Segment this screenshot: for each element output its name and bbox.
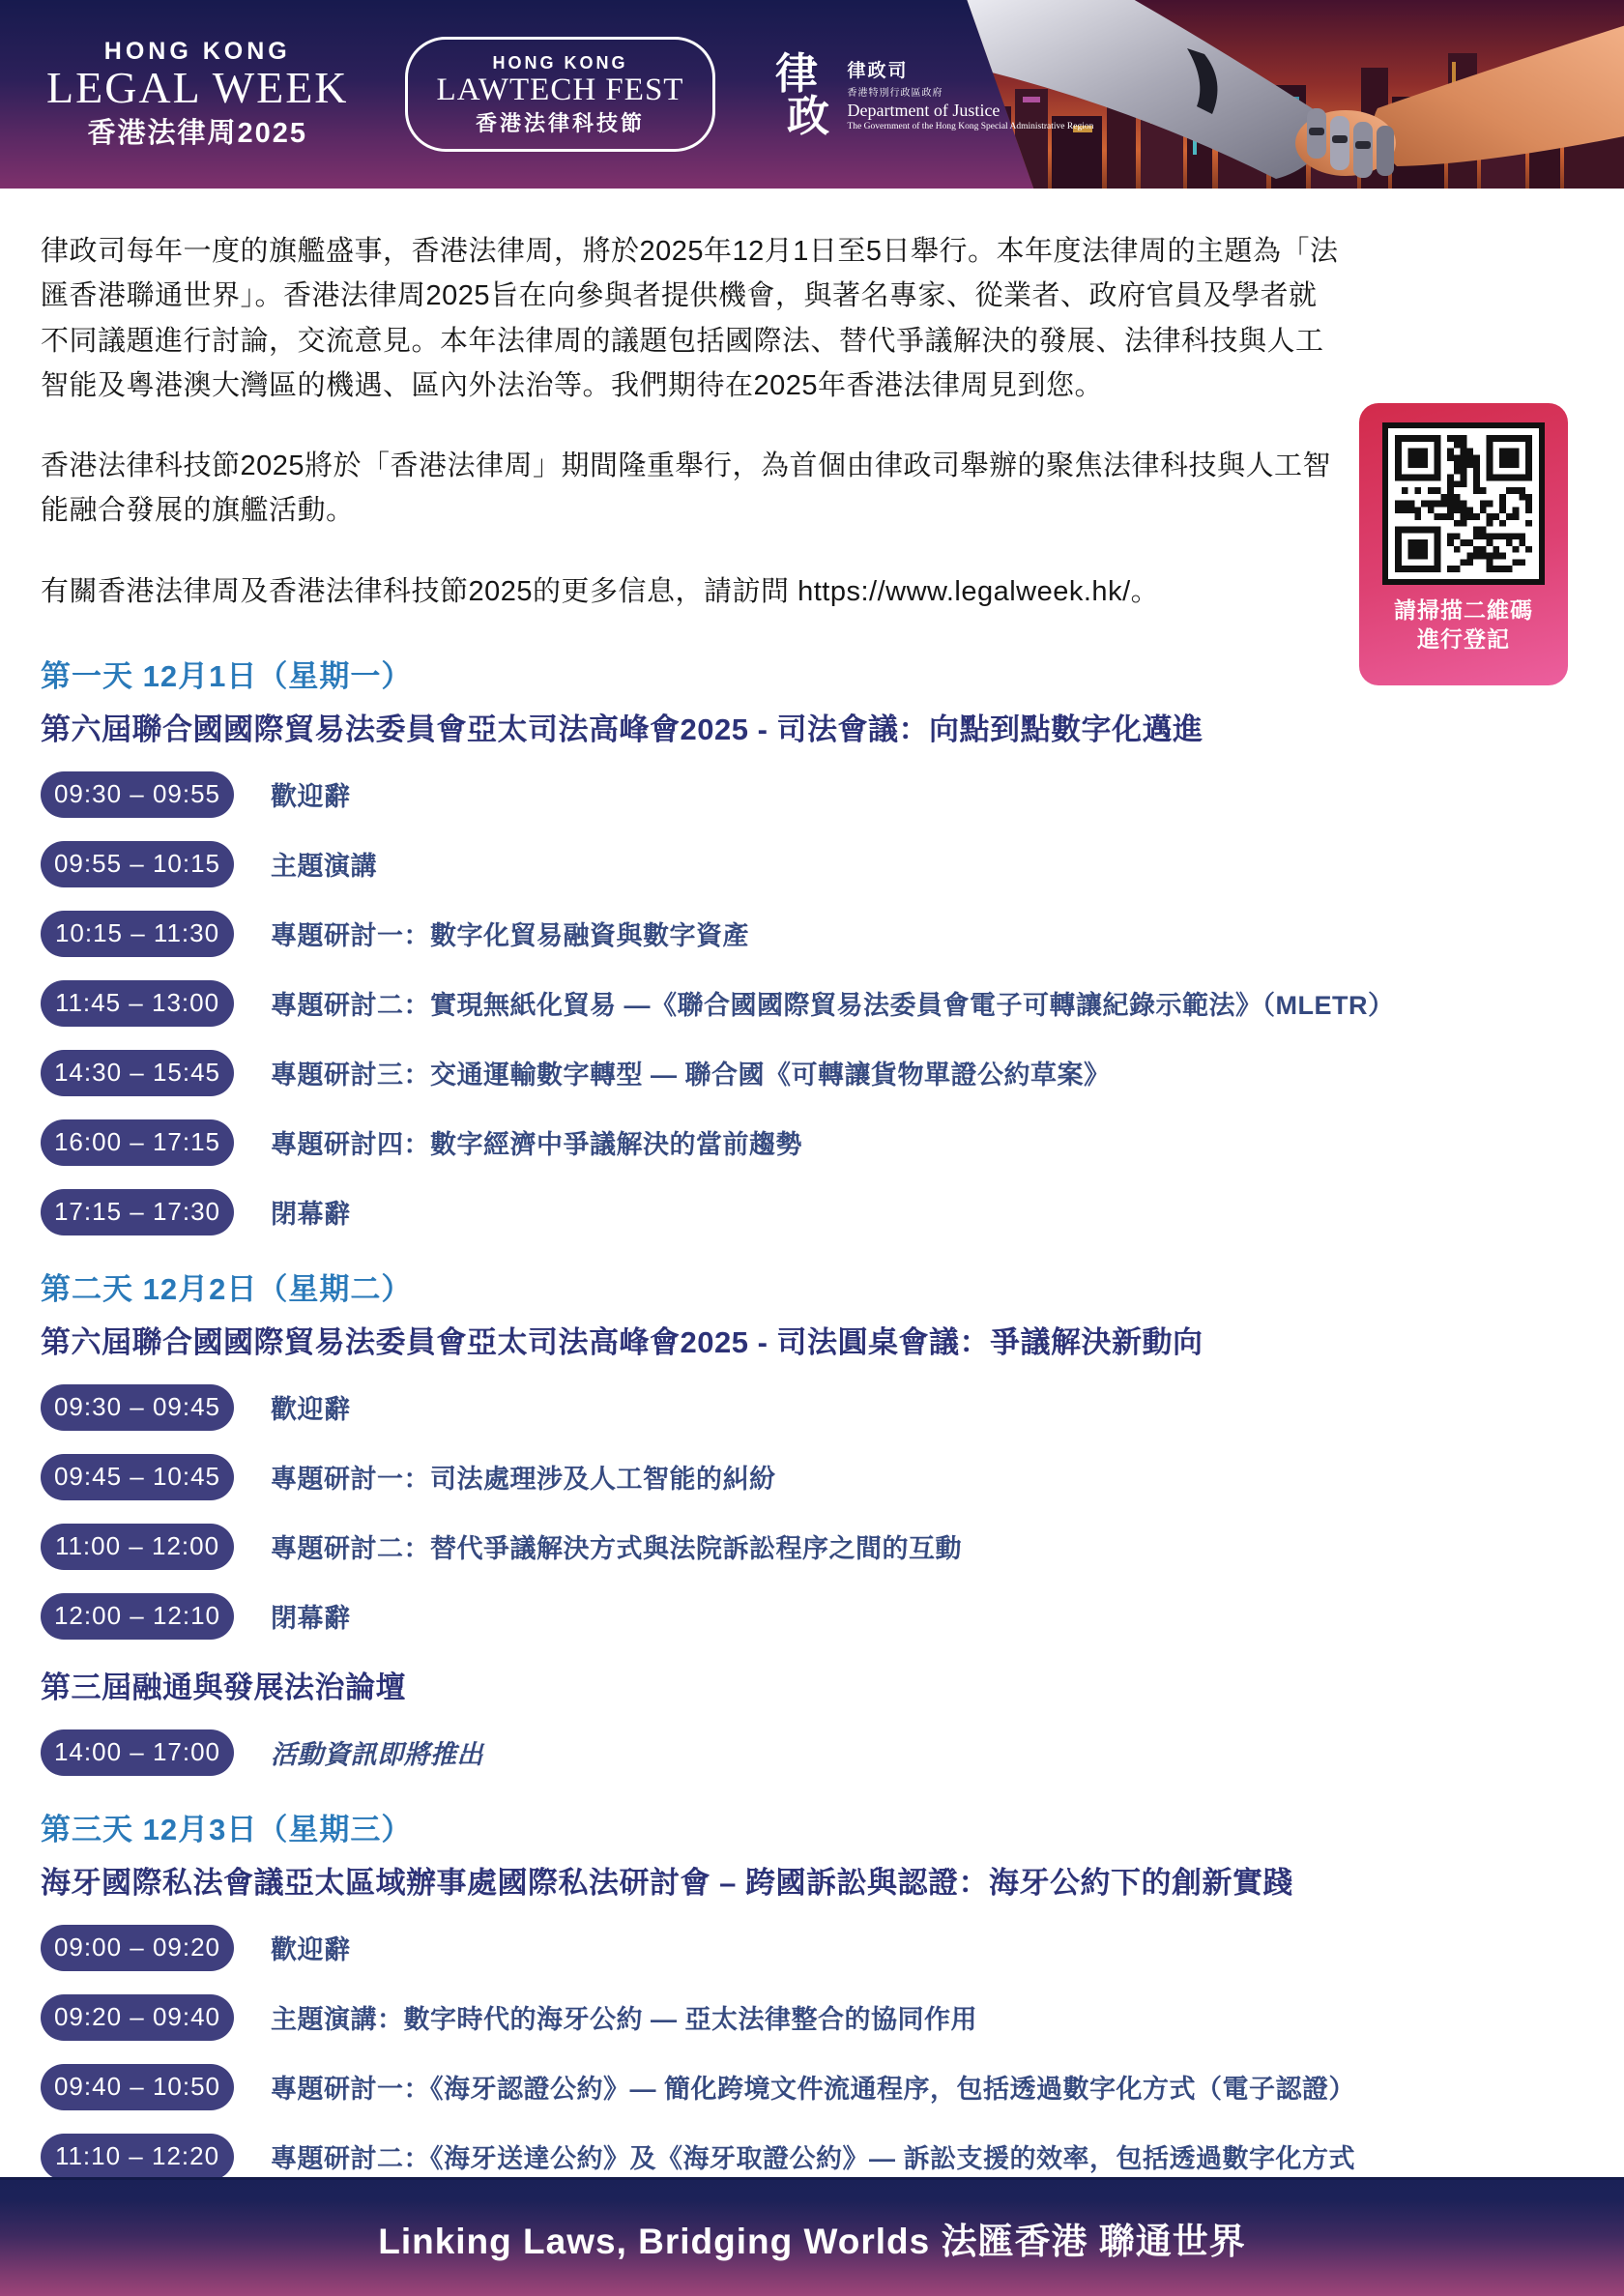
session-row: 16:00 – 17:15專題研討四：數字經濟中爭議解決的當前趨勢 bbox=[41, 1119, 1568, 1166]
time-badge: 17:15 – 17:30 bbox=[41, 1189, 234, 1235]
header-banner: HONG KONG LEGAL WEEK 香港法律周2025 HONG KONG… bbox=[0, 0, 1624, 189]
session-row: 14:00 – 17:00活動資訊即將推出 bbox=[41, 1729, 1568, 1776]
day-block-2: 第二天 12月2日（星期二）第六屆聯合國國際貿易法委員會亞太司法高峰會2025 … bbox=[41, 1264, 1568, 1776]
svg-text:政: 政 bbox=[787, 93, 829, 138]
doj-text: 律政司 香港特別行政區政府 Department of Justice The … bbox=[847, 56, 1093, 133]
time-badge: 09:30 – 09:45 bbox=[41, 1384, 234, 1431]
session-row: 09:40 – 10:50專題研討一：《海牙認證公約》— 簡化跨境文件流通程序，… bbox=[41, 2064, 1568, 2110]
session-row: 09:30 – 09:55歡迎辭 bbox=[41, 771, 1568, 818]
session-description: 歡迎辭 bbox=[271, 1929, 351, 1966]
session-description: 歡迎辭 bbox=[271, 1388, 351, 1426]
legal-week-logo: HONG KONG LEGAL WEEK 香港法律周2025 bbox=[46, 38, 349, 151]
session-title: 第三屆融通與發展法治論壇 bbox=[41, 1663, 1568, 1706]
session-row: 09:20 – 09:40主題演講：數字時代的海牙公約 — 亞太法律整合的協同作… bbox=[41, 1994, 1568, 2041]
time-badge: 09:45 – 10:45 bbox=[41, 1454, 234, 1500]
time-badge: 11:45 – 13:00 bbox=[41, 980, 234, 1027]
doj-seal-icon: 律 政 bbox=[771, 49, 833, 138]
day-block-1: 第一天 12月1日（星期一）第六屆聯合國國際貿易法委員會亞太司法高峰會2025 … bbox=[41, 652, 1568, 1235]
day-title: 第一天 12月1日（星期一） bbox=[41, 652, 1568, 695]
session-row: 11:00 – 12:00專題研討二：替代爭議解決方式與法院訴訟程序之間的互動 bbox=[41, 1524, 1568, 1570]
session-description: 專題研討一：司法處理涉及人工智能的糾紛 bbox=[271, 1458, 776, 1496]
session-description: 閉幕辭 bbox=[271, 1597, 351, 1635]
time-badge: 09:55 – 10:15 bbox=[41, 841, 234, 887]
session-row: 10:15 – 11:30專題研討一：數字化貿易融資與數字資產 bbox=[41, 911, 1568, 957]
session-row: 12:00 – 12:10閉幕辭 bbox=[41, 1593, 1568, 1640]
qr-code-image bbox=[1395, 435, 1532, 572]
header-logos: HONG KONG LEGAL WEEK 香港法律周2025 HONG KONG… bbox=[0, 37, 1093, 152]
qr-registration-card: 請掃描二維碼 進行登記 bbox=[1359, 403, 1568, 685]
day-title: 第二天 12月2日（星期二） bbox=[41, 1264, 1568, 1308]
session-description: 專題研討二：實現無紙化貿易 —《聯合國國際貿易法委員會電子可轉讓紀錄示範法》（M… bbox=[271, 984, 1394, 1022]
session-row: 09:30 – 09:45歡迎辭 bbox=[41, 1384, 1568, 1431]
session-description: 歡迎辭 bbox=[271, 775, 351, 813]
session-title: 第六屆聯合國國際貿易法委員會亞太司法高峰會2025 - 司法會議：向點到點數字化… bbox=[41, 705, 1568, 748]
time-badge: 14:30 – 15:45 bbox=[41, 1050, 234, 1096]
time-badge: 10:15 – 11:30 bbox=[41, 911, 234, 957]
intro-paragraph-3-prefix: 有關香港法律周及香港法律科技節2025的更多信息，請訪問 bbox=[41, 576, 797, 607]
session-description: 專題研討二：《海牙送達公約》及《海牙取證公約》— 訴訟支援的效率，包括透過數字化… bbox=[271, 2137, 1355, 2175]
time-badge: 09:30 – 09:55 bbox=[41, 771, 234, 818]
legal-week-logo-line3: 香港法律周2025 bbox=[46, 111, 349, 151]
session-rows: 09:30 – 09:45歡迎辭09:45 – 10:45專題研討一：司法處理涉… bbox=[41, 1384, 1568, 1640]
intro-paragraph-3-suffix: 。 bbox=[1131, 576, 1160, 607]
doj-name-en: Department of Justice bbox=[847, 101, 1093, 121]
session-row: 09:55 – 10:15主題演講 bbox=[41, 841, 1568, 887]
session-description: 主題演講 bbox=[271, 845, 377, 883]
time-badge: 11:10 – 12:20 bbox=[41, 2134, 234, 2180]
qr-caption-line1: 請掃描二維碼 bbox=[1394, 596, 1533, 625]
session-description: 主題演講：數字時代的海牙公約 — 亞太法律整合的協同作用 bbox=[271, 1998, 977, 2036]
footer-banner: Linking Laws, Bridging Worlds 法匯香港 聯通世界 bbox=[0, 2177, 1624, 2296]
doj-gov-en: The Government of the Hong Kong Special … bbox=[847, 122, 1093, 133]
session-row: 14:30 – 15:45專題研討三：交通運輸數字轉型 — 聯合國《可轉讓貨物單… bbox=[41, 1050, 1568, 1096]
session-row: 11:45 – 13:00專題研討二：實現無紙化貿易 —《聯合國國際貿易法委員會… bbox=[41, 980, 1568, 1027]
session-description: 活動資訊即將推出 bbox=[271, 1733, 483, 1771]
main-content: 律政司每年一度的旗艦盛事，香港法律周，將於2025年12月1日至5日舉行。本年度… bbox=[0, 189, 1624, 2250]
session-row: 09:00 – 09:20歡迎辭 bbox=[41, 1925, 1568, 1971]
session-description: 專題研討四：數字經濟中爭議解決的當前趨勢 bbox=[271, 1123, 802, 1161]
footer-slogan: Linking Laws, Bridging Worlds 法匯香港 聯通世界 bbox=[378, 2212, 1246, 2264]
qr-caption: 請掃描二維碼 進行登記 bbox=[1394, 596, 1533, 654]
lawtech-fest-line1: HONG KONG bbox=[437, 53, 684, 73]
svg-text:律: 律 bbox=[775, 50, 818, 98]
session-description: 專題研討一：數字化貿易融資與數字資產 bbox=[271, 915, 749, 952]
time-badge: 11:00 – 12:00 bbox=[41, 1524, 234, 1570]
lawtech-fest-line3: 香港法律科技節 bbox=[437, 107, 684, 137]
session-row: 09:45 – 10:45專題研討一：司法處理涉及人工智能的糾紛 bbox=[41, 1454, 1568, 1500]
time-badge: 12:00 – 12:10 bbox=[41, 1593, 234, 1640]
doj-logo: 律 政 律政司 香港特別行政區政府 Department of Justice … bbox=[771, 49, 1093, 138]
schedule: 第一天 12月1日（星期一）第六屆聯合國國際貿易法委員會亞太司法高峰會2025 … bbox=[41, 652, 1568, 2250]
session-description: 專題研討二：替代爭議解決方式與法院訴訟程序之間的互動 bbox=[271, 1527, 962, 1565]
intro-paragraph-3: 有關香港法律周及香港法律科技節2025的更多信息，請訪問 https://www… bbox=[41, 569, 1341, 614]
legalweek-url-link[interactable]: https://www.legalweek.hk/ bbox=[797, 576, 1131, 607]
time-badge: 09:00 – 09:20 bbox=[41, 1925, 234, 1971]
time-badge: 14:00 – 17:00 bbox=[41, 1729, 234, 1776]
doj-name-zh: 律政司 bbox=[847, 56, 1093, 82]
time-badge: 16:00 – 17:15 bbox=[41, 1119, 234, 1166]
intro-paragraph-2: 香港法律科技節2025將於「香港法律周」期間隆重舉行，為首個由律政司舉辦的聚焦法… bbox=[41, 444, 1341, 534]
session-row: 11:10 – 12:20專題研討二：《海牙送達公約》及《海牙取證公約》— 訴訟… bbox=[41, 2134, 1568, 2180]
session-description: 專題研討一：《海牙認證公約》— 簡化跨境文件流通程序，包括透過數字化方式（電子認… bbox=[271, 2068, 1355, 2106]
session-description: 閉幕辭 bbox=[271, 1193, 351, 1231]
lawtech-fest-line2: LAWTECH FEST bbox=[437, 73, 684, 107]
qr-code bbox=[1382, 422, 1545, 585]
session-rows: 09:30 – 09:55歡迎辭09:55 – 10:15主題演講10:15 –… bbox=[41, 771, 1568, 1235]
legal-week-logo-line1: HONG KONG bbox=[46, 38, 349, 66]
intro-section: 律政司每年一度的旗艦盛事，香港法律周，將於2025年12月1日至5日舉行。本年度… bbox=[41, 189, 1568, 615]
intro-paragraph-1: 律政司每年一度的旗艦盛事，香港法律周，將於2025年12月1日至5日舉行。本年度… bbox=[41, 189, 1341, 409]
doj-gov-zh: 香港特別行政區政府 bbox=[847, 84, 1093, 99]
time-badge: 09:40 – 10:50 bbox=[41, 2064, 234, 2110]
legal-week-logo-line2: LEGAL WEEK bbox=[46, 66, 349, 111]
session-title: 海牙國際私法會議亞太區域辦事處國際私法研討會 – 跨國訴訟與認證：海牙公約下的創… bbox=[41, 1858, 1568, 1902]
session-title: 第六屆聯合國國際貿易法委員會亞太司法高峰會2025 - 司法圓桌會議：爭議解決新… bbox=[41, 1318, 1568, 1361]
poster-page: HONG KONG LEGAL WEEK 香港法律周2025 HONG KONG… bbox=[0, 0, 1624, 2296]
day-title: 第三天 12月3日（星期三） bbox=[41, 1805, 1568, 1848]
session-description: 專題研討三：交通運輸數字轉型 — 聯合國《可轉讓貨物單證公約草案》 bbox=[271, 1054, 1111, 1091]
qr-caption-line2: 進行登記 bbox=[1394, 625, 1533, 654]
session-row: 17:15 – 17:30閉幕辭 bbox=[41, 1189, 1568, 1235]
time-badge: 09:20 – 09:40 bbox=[41, 1994, 234, 2041]
session-rows: 14:00 – 17:00活動資訊即將推出 bbox=[41, 1729, 1568, 1776]
lawtech-fest-badge: HONG KONG LAWTECH FEST 香港法律科技節 bbox=[405, 37, 716, 152]
